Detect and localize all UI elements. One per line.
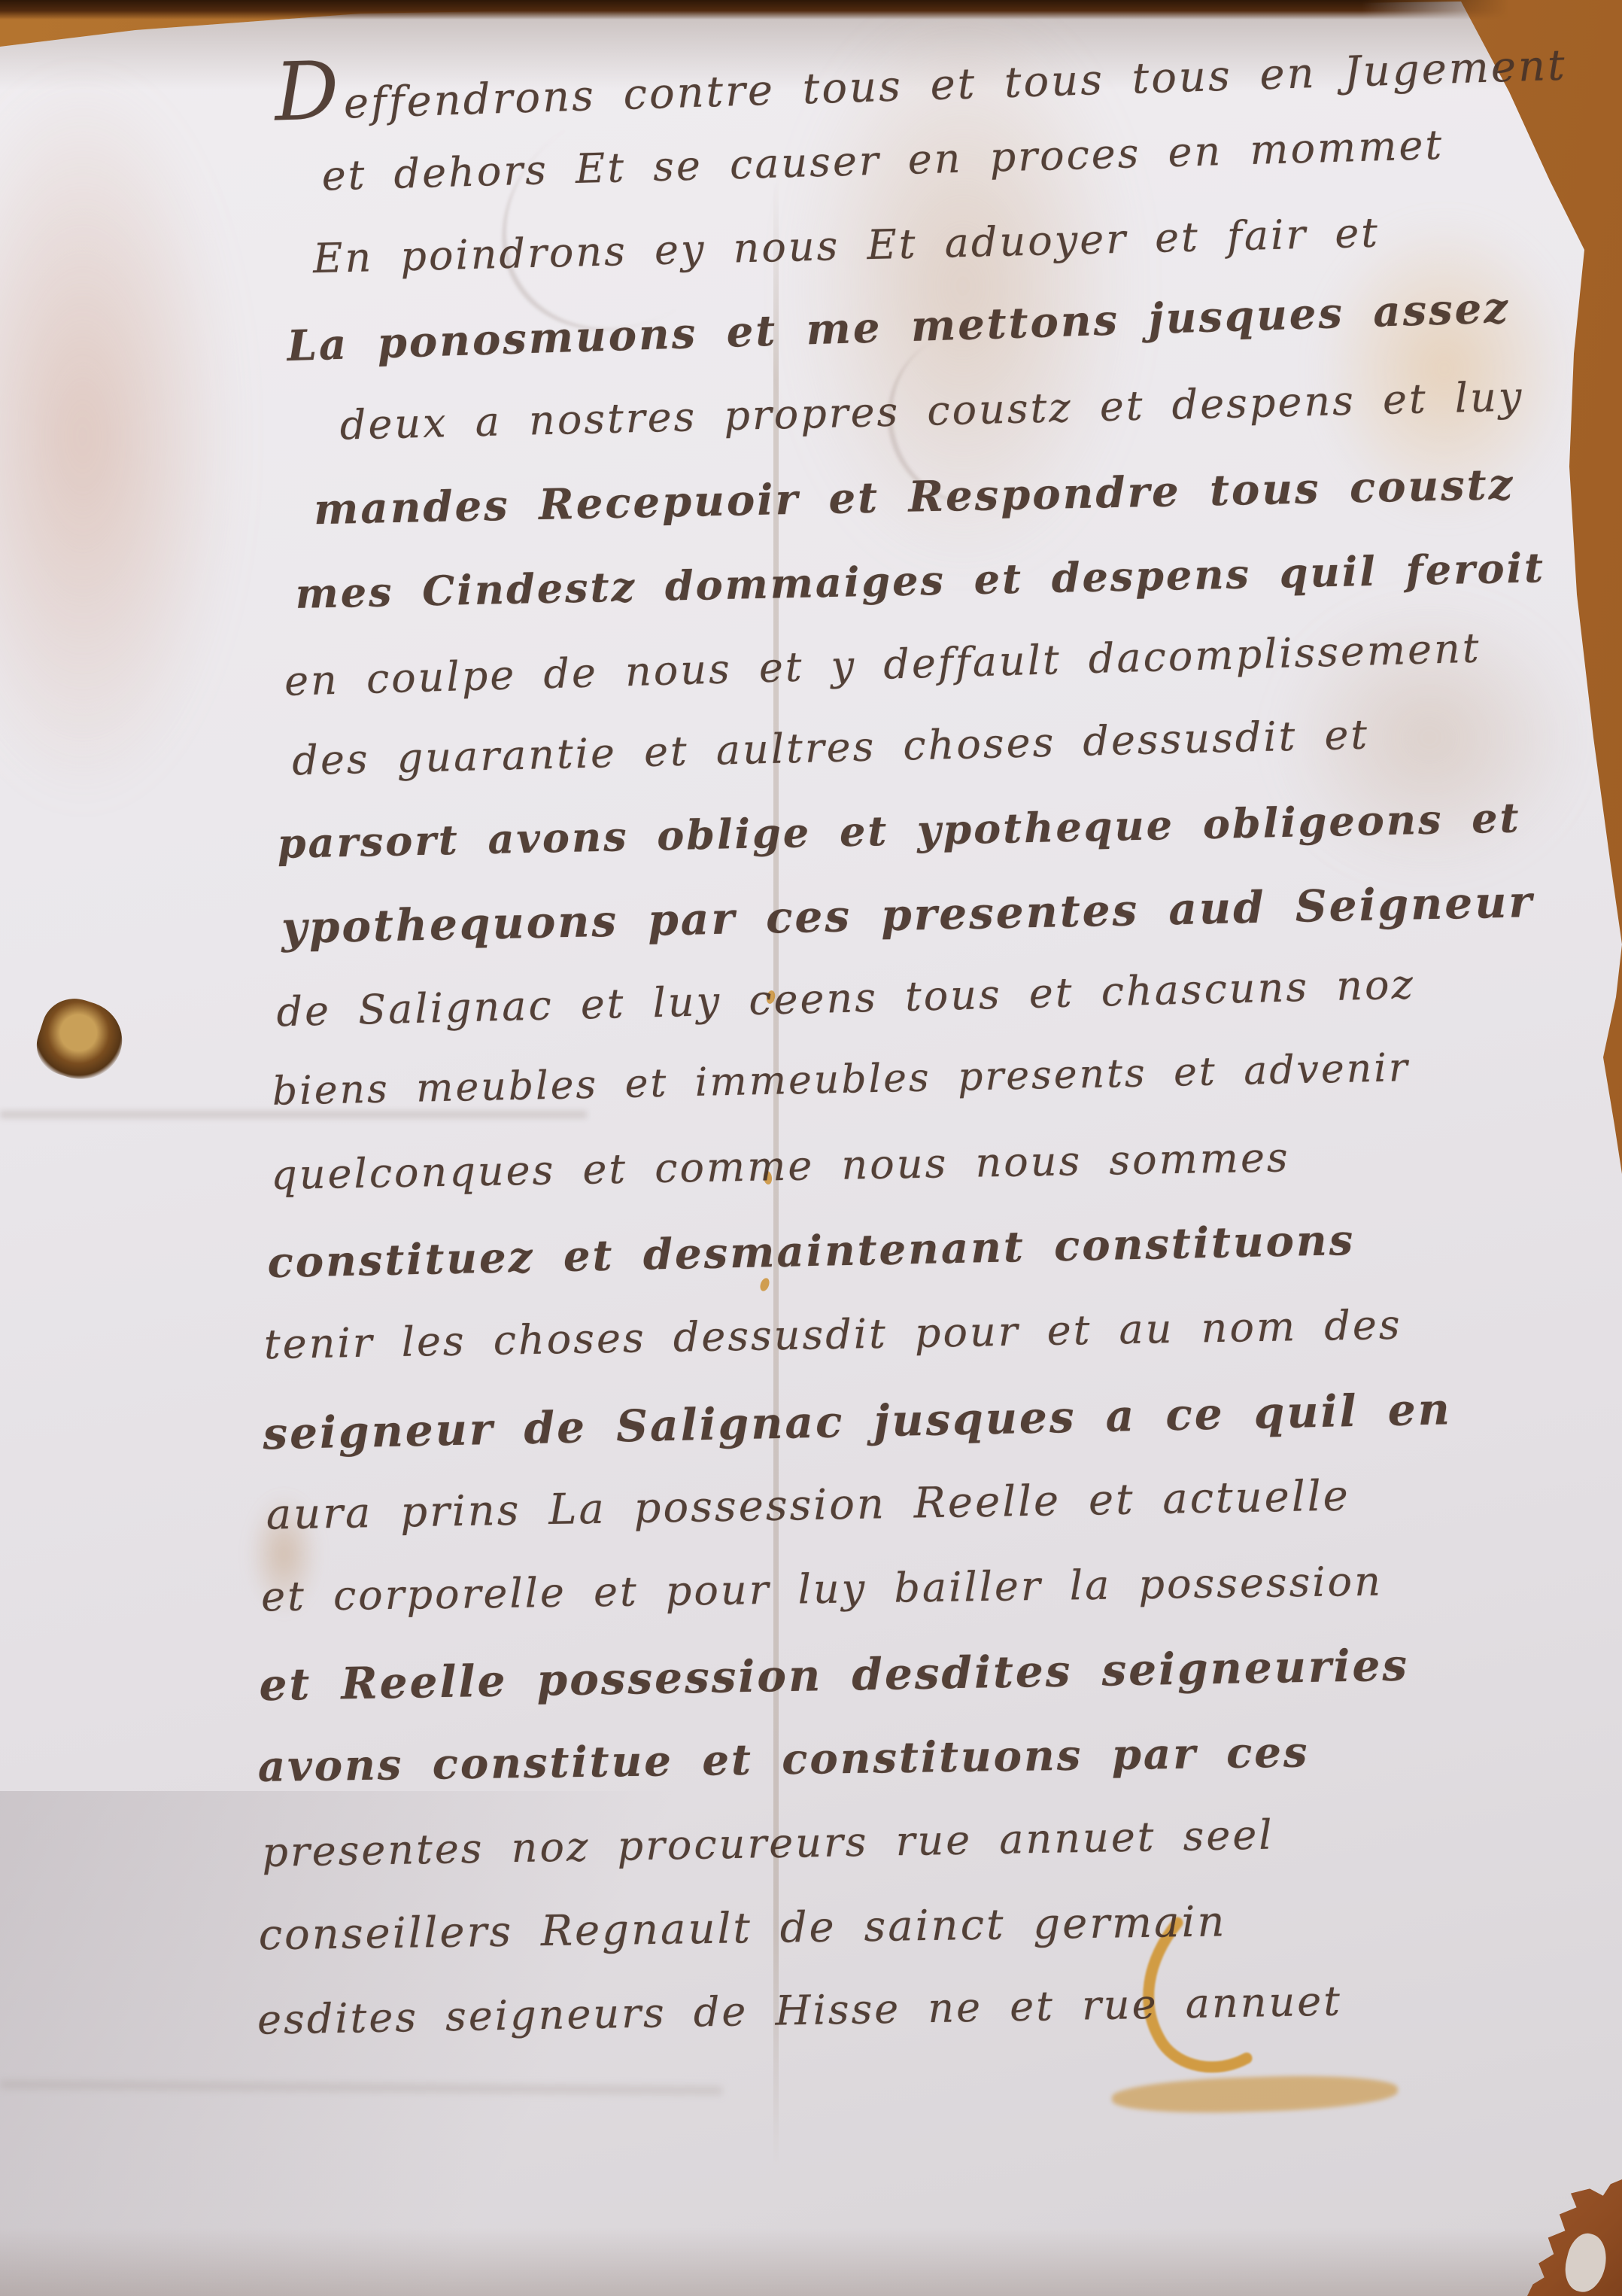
handwritten-line: mandes Recepuoir et Respondre tous coust… [313, 460, 1515, 534]
handwritten-line: et dehors Et se causer en proces en momm… [321, 121, 1444, 200]
handwritten-line: conseillers Regnault de sainct germain [258, 1897, 1227, 1960]
handwritten-line: biens meubles et immeubles presents et a… [272, 1045, 1410, 1115]
handwritten-line: esdites seigneurs de Hisse ne et rue ann… [257, 1977, 1343, 2043]
handwritten-line: constituez et desmaintenant constituons [267, 1215, 1356, 1288]
handwritten-line: deux a nostres propres coustz et despens… [339, 373, 1524, 449]
text-layer: Deffendrons contre tous et tous tous en … [0, 0, 1622, 2296]
handwritten-line: parsort avons oblige et ypotheque oblige… [277, 793, 1521, 868]
handwritten-line: des guarantie et aultres choses dessusdi… [292, 710, 1370, 784]
handwritten-line: de Salignac et luy ceens tous et chascun… [276, 960, 1416, 1035]
handwritten-line: presentes noz procureurs rue annuet seel [262, 1811, 1274, 1875]
handwritten-line: mes Cindestz dommaiges et despens quil f… [295, 543, 1546, 618]
handwritten-line: ypothequons par ces presentes aud Seigne… [281, 876, 1534, 953]
handwritten-line: en coulpe de nous et y deffault dacompli… [284, 624, 1481, 704]
handwritten-line: Deffendrons contre tous et tous tous en … [274, 31, 1567, 131]
handwritten-line: et corporelle et pour luy bailler la pos… [261, 1558, 1384, 1621]
manuscript-photo: Deffendrons contre tous et tous tous en … [0, 0, 1622, 2296]
handwritten-line: tenir les choses dessusdit pour et au no… [263, 1301, 1402, 1368]
handwritten-line: et Reelle possession desdites seigneurie… [259, 1640, 1410, 1711]
handwritten-line: aura prins La possession Reelle et actue… [266, 1471, 1350, 1539]
handwritten-line: La ponosmuons et me mettons jusques asse… [287, 283, 1511, 371]
handwritten-line: En poindrons ey nous Et aduoyer et fair … [312, 209, 1380, 283]
handwritten-line: avons constitue et constituons par ces [257, 1727, 1309, 1792]
handwritten-line: seigneur de Salignac jusques a ce quil e… [263, 1383, 1453, 1459]
handwritten-line: quelconques et comme nous nous sommes [271, 1133, 1290, 1199]
